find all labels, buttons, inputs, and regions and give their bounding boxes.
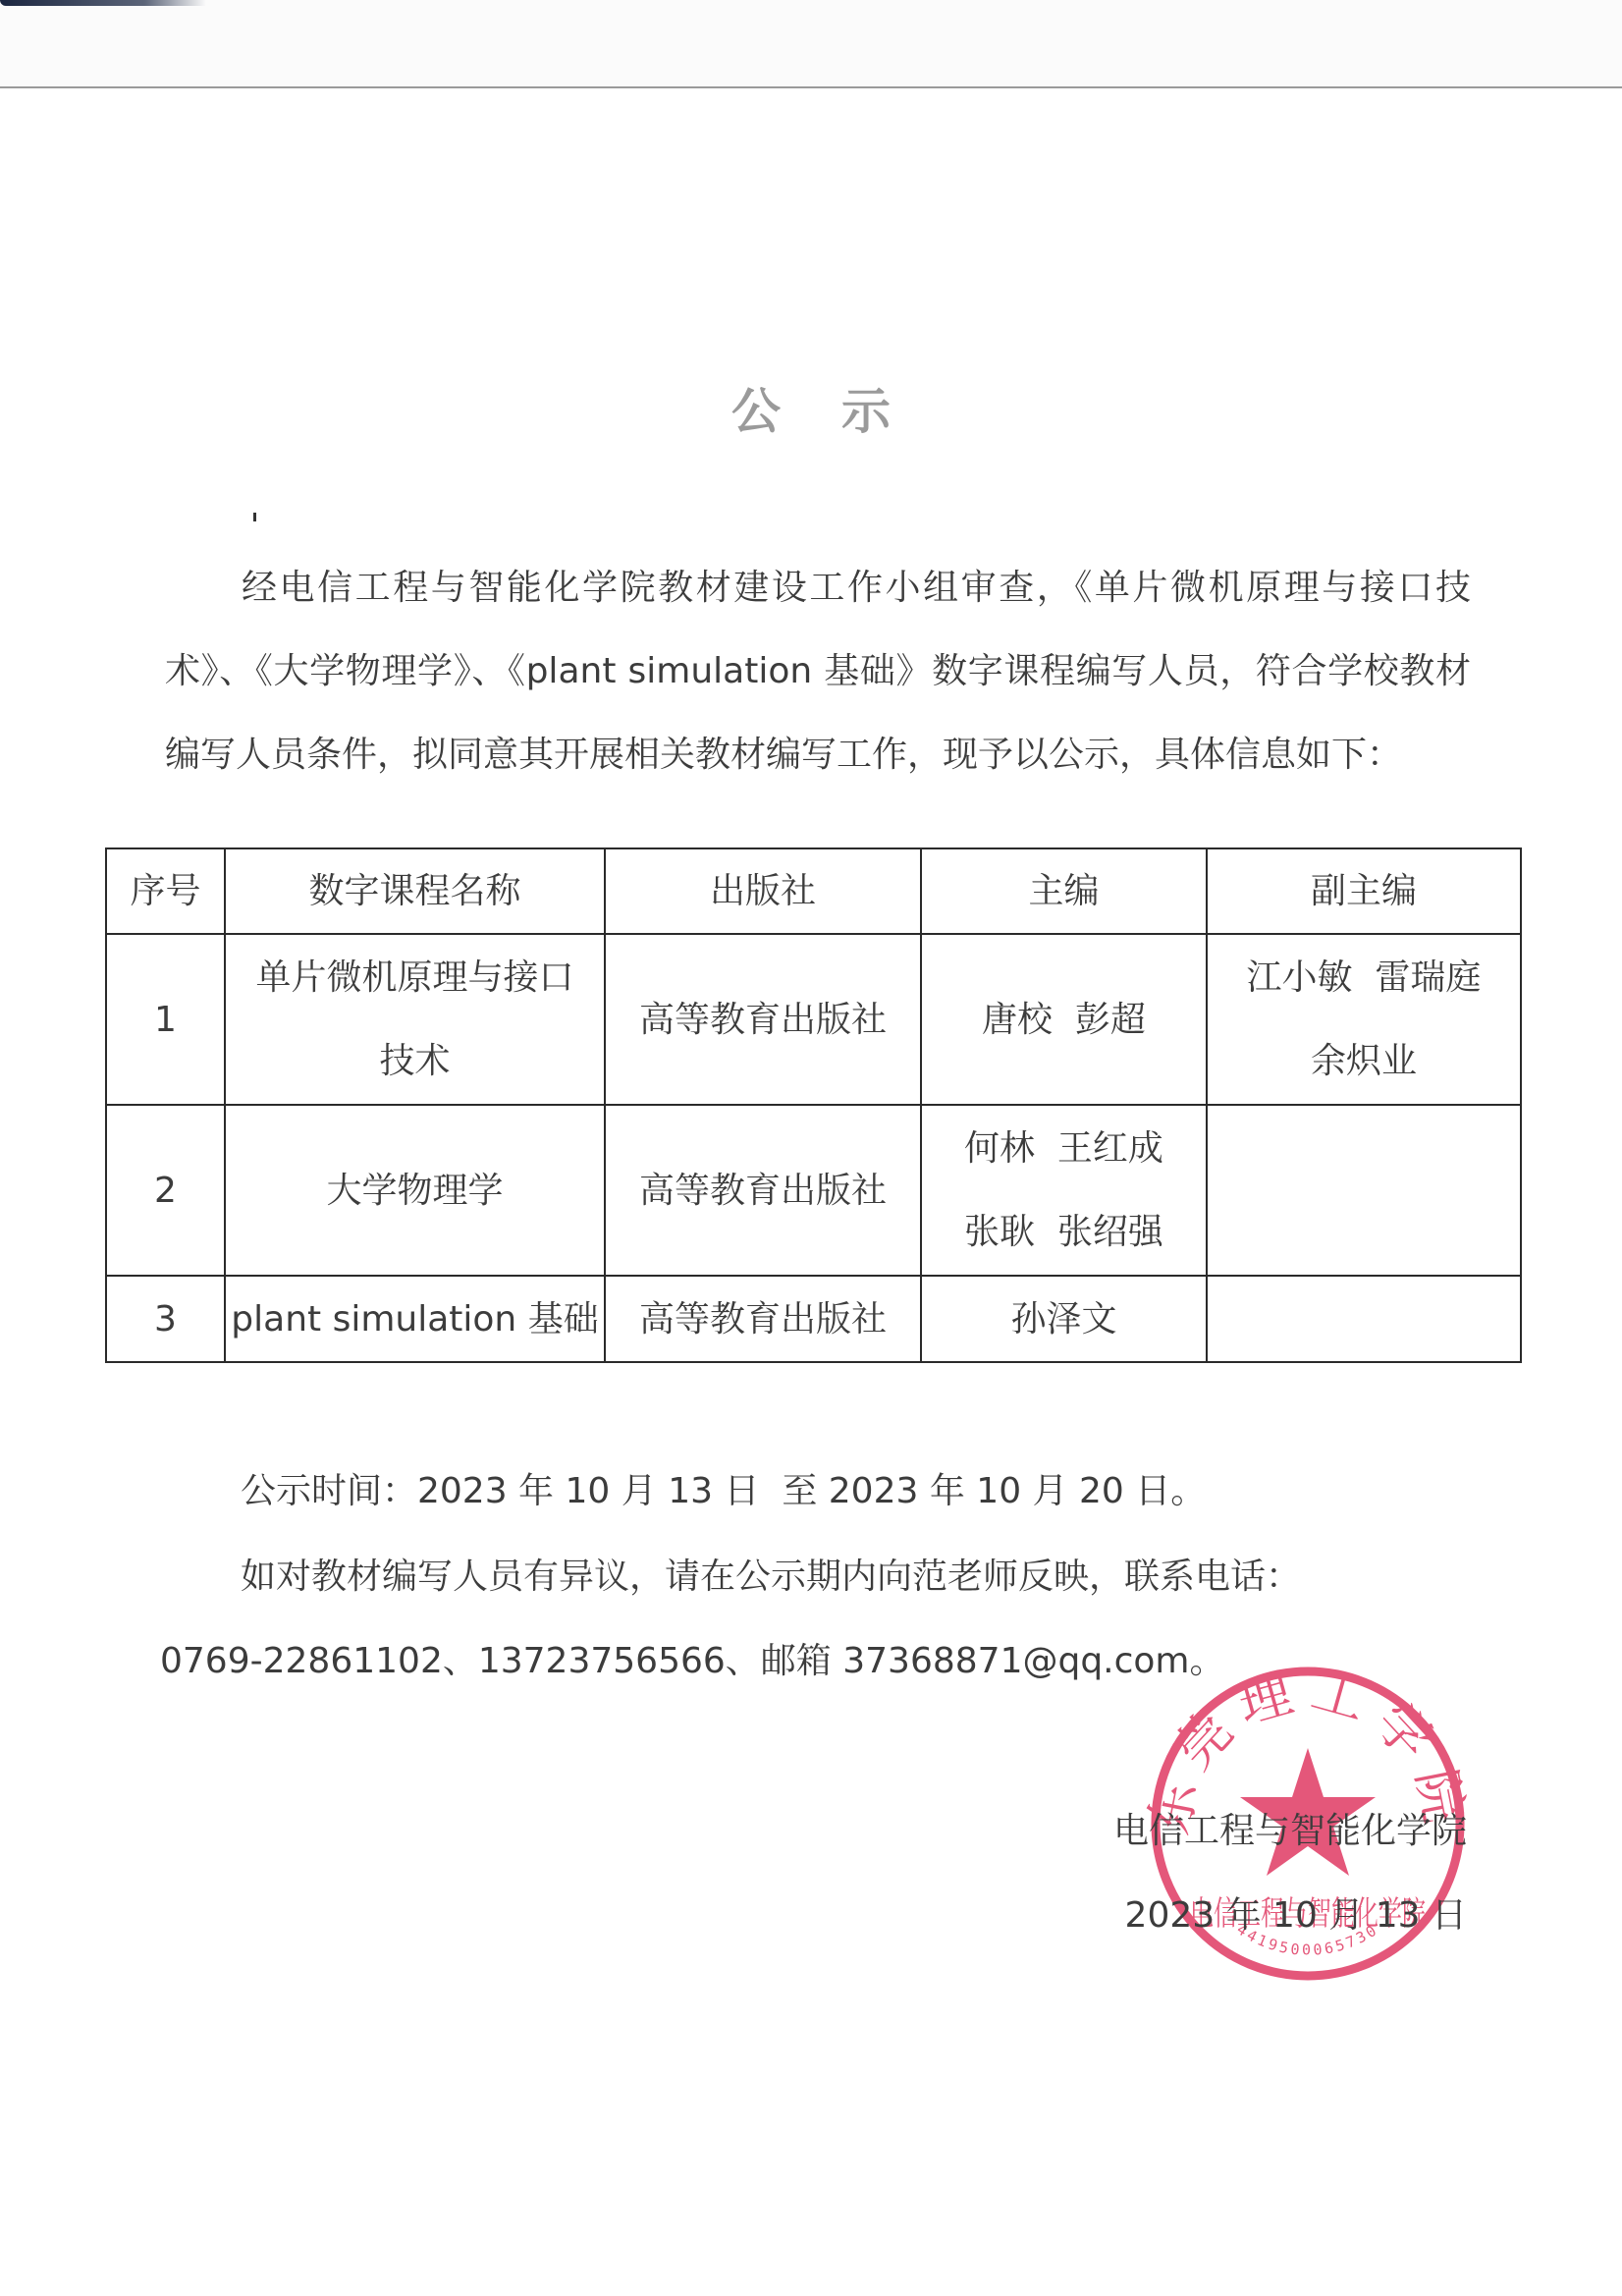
contact-info: 0769-22861102、13723756566、邮箱 37368871@qq… bbox=[160, 1633, 1225, 1683]
table-row: 3 plant simulation 基础 高等教育出版社 孙泽文 bbox=[106, 1276, 1521, 1362]
cell-chief-editor: 唐校 彭超 bbox=[921, 934, 1207, 1105]
info-table: 序号 数字课程名称 出版社 主编 副主编 1 单片微机原理与接口 技术 高等教育… bbox=[105, 847, 1522, 1363]
scan-corner-artifact bbox=[0, 0, 206, 6]
course-name-line: 大学物理学 bbox=[226, 1149, 604, 1232]
chief-editor-line: 唐校 彭超 bbox=[922, 978, 1206, 1062]
cell-deputy-editor: 江小敏 雷瑞庭 余炽业 bbox=[1207, 934, 1521, 1105]
cell-chief-editor: 孙泽文 bbox=[921, 1276, 1207, 1362]
chief-editor-line: 何林 王红成 bbox=[922, 1107, 1206, 1190]
objection-instructions: 如对教材编写人员有异议，请在公示期内向范老师反映，联系电话： bbox=[241, 1549, 1301, 1599]
notice-period: 公示时间：2023 年 10 月 13 日 至 2023 年 10 月 20 日… bbox=[241, 1463, 1206, 1513]
table-header-row: 序号 数字课程名称 出版社 主编 副主编 bbox=[106, 848, 1521, 934]
signature-date: 2023 年 10 月 13 日 bbox=[1125, 1887, 1467, 1938]
table-row: 2 大学物理学 高等教育出版社 何林 王红成 张耿 张绍强 bbox=[106, 1105, 1521, 1276]
cell-index: 2 bbox=[106, 1105, 225, 1276]
signature-organization: 电信工程与智能化学院 bbox=[1113, 1803, 1467, 1853]
header-publisher: 出版社 bbox=[605, 848, 921, 934]
cell-course-name: plant simulation 基础 bbox=[225, 1276, 605, 1362]
cell-publisher: 高等教育出版社 bbox=[605, 1105, 921, 1276]
header-chief-editor: 主编 bbox=[921, 848, 1207, 934]
header-index: 序号 bbox=[106, 848, 225, 934]
page-title: 公示 bbox=[0, 372, 1622, 443]
intro-paragraph: 经电信工程与智能化学院教材建设工作小组审查，《单片微机原理与接口技术》、《大学物… bbox=[165, 546, 1471, 796]
deputy-editor-line: 江小敏 雷瑞庭 bbox=[1208, 936, 1520, 1019]
cell-chief-editor: 何林 王红成 张耿 张绍强 bbox=[921, 1105, 1207, 1276]
course-name-line: 技术 bbox=[226, 1019, 604, 1103]
header-course-name: 数字课程名称 bbox=[225, 848, 605, 934]
cell-deputy-editor bbox=[1207, 1276, 1521, 1362]
cell-index: 3 bbox=[106, 1276, 225, 1362]
cell-publisher: 高等教育出版社 bbox=[605, 1276, 921, 1362]
stray-ink-mark bbox=[253, 513, 256, 521]
table-row: 1 单片微机原理与接口 技术 高等教育出版社 唐校 彭超 江小敏 雷瑞庭 余炽业 bbox=[106, 934, 1521, 1105]
course-name-line: plant simulation 基础 bbox=[226, 1278, 604, 1361]
cell-course-name: 大学物理学 bbox=[225, 1105, 605, 1276]
scan-header-margin bbox=[0, 0, 1622, 88]
cell-index: 1 bbox=[106, 934, 225, 1105]
chief-editor-line: 张耿 张绍强 bbox=[922, 1190, 1206, 1274]
course-name-line: 单片微机原理与接口 bbox=[226, 936, 604, 1019]
header-deputy-editor: 副主编 bbox=[1207, 848, 1521, 934]
cell-publisher: 高等教育出版社 bbox=[605, 934, 921, 1105]
cell-course-name: 单片微机原理与接口 技术 bbox=[225, 934, 605, 1105]
deputy-editor-line: 余炽业 bbox=[1208, 1019, 1520, 1103]
chief-editor-line: 孙泽文 bbox=[922, 1278, 1206, 1361]
cell-deputy-editor bbox=[1207, 1105, 1521, 1276]
